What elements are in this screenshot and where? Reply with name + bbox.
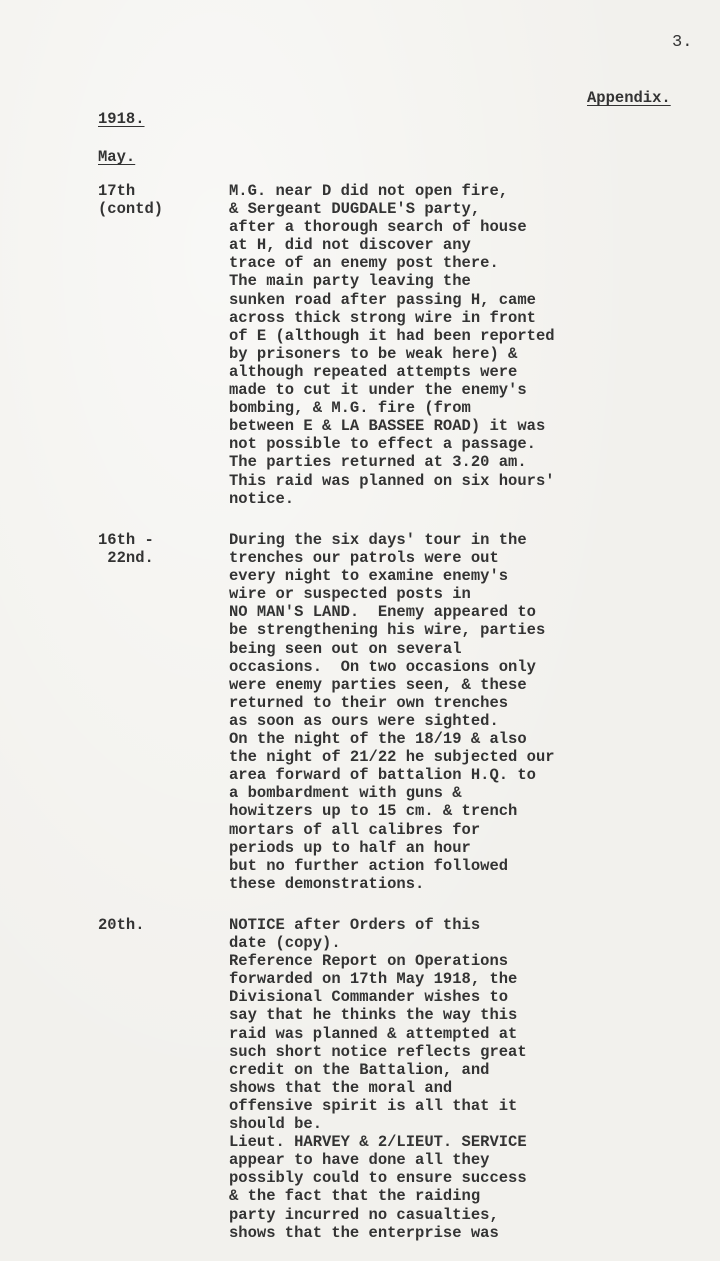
appendix-heading: Appendix. [587,89,671,107]
text-line: by prisoners to be weak here) & [229,345,555,363]
text-line: made to cut it under the enemy's [229,381,555,399]
text-line: occasions. On two occasions only [229,658,555,676]
month-heading: May. [98,148,135,166]
text-line: such short notice reflects great [229,1043,527,1061]
text-line: say that he thinks the way this [229,1006,527,1024]
year-heading: 1918. [98,110,145,128]
text-line: M.G. near D did not open fire, [229,182,555,200]
entry-body: NOTICE after Orders of thisdate (copy).R… [229,916,527,1242]
text-line: of E (although it had been reported [229,327,555,345]
text-line: shows that the moral and [229,1079,527,1097]
text-line: sunken road after passing H, came [229,291,555,309]
text-line: across thick strong wire in front [229,309,555,327]
text-line: should be. [229,1115,527,1133]
entry-date: 17th (contd) [98,182,163,218]
text-line: notice. [229,490,555,508]
text-line: periods up to half an hour [229,839,555,857]
text-line: This raid was planned on six hours' [229,472,555,490]
text-line: after a thorough search of house [229,218,555,236]
text-line: date (copy). [229,934,527,952]
text-line: every night to examine enemy's [229,567,555,585]
text-line: shows that the enterprise was [229,1224,527,1242]
text-line: credit on the Battalion, and [229,1061,527,1079]
text-line: being seen out on several [229,640,555,658]
text-line: & Sergeant DUGDALE'S party, [229,200,555,218]
text-line: trace of an enemy post there. [229,254,555,272]
text-line: returned to their own trenches [229,694,555,712]
text-line: party incurred no casualties, [229,1206,527,1224]
text-line: Divisional Commander wishes to [229,988,527,1006]
text-line: were enemy parties seen, & these [229,676,555,694]
text-line: possibly could to ensure success [229,1169,527,1187]
entry-date: 16th - 22nd. [98,531,154,567]
text-line: offensive spirit is all that it [229,1097,527,1115]
text-line: but no further action followed [229,857,555,875]
text-line: forwarded on 17th May 1918, the [229,970,527,988]
text-line: The parties returned at 3.20 am. [229,453,555,471]
text-line: The main party leaving the [229,272,555,290]
page-number: 3. [672,33,692,52]
text-line: raid was planned & attempted at [229,1025,527,1043]
text-line: During the six days' tour in the [229,531,555,549]
text-line: Reference Report on Operations [229,952,527,970]
text-line: mortars of all calibres for [229,821,555,839]
text-line: Lieut. HARVEY & 2/LIEUT. SERVICE [229,1133,527,1151]
text-line: the night of 21/22 he subjected our [229,748,555,766]
text-line: wire or suspected posts in [229,585,555,603]
text-line: not possible to effect a passage. [229,435,555,453]
text-line: be strengthening his wire, parties [229,621,555,639]
text-line: bombing, & M.G. fire (from [229,399,555,417]
text-line: appear to have done all they [229,1151,527,1169]
text-line: between E & LA BASSEE ROAD) it was [229,417,555,435]
text-line: as soon as ours were sighted. [229,712,555,730]
text-line: at H, did not discover any [229,236,555,254]
entry-body: During the six days' tour in thetrenches… [229,531,555,893]
text-line: area forward of battalion H.Q. to [229,766,555,784]
text-line: trenches our patrols were out [229,549,555,567]
entry-body: M.G. near D did not open fire,& Sergeant… [229,182,555,508]
text-line: a bombardment with guns & [229,784,555,802]
text-line: although repeated attempts were [229,363,555,381]
text-line: On the night of the 18/19 & also [229,730,555,748]
text-line: & the fact that the raiding [229,1187,527,1205]
text-line: NOTICE after Orders of this [229,916,527,934]
text-line: howitzers up to 15 cm. & trench [229,802,555,820]
text-line: NO MAN'S LAND. Enemy appeared to [229,603,555,621]
document-page: 3. Appendix. 1918. May. 17th (contd) M.G… [0,0,720,1261]
text-line: these demonstrations. [229,875,555,893]
entry-date: 20th. [98,916,145,934]
